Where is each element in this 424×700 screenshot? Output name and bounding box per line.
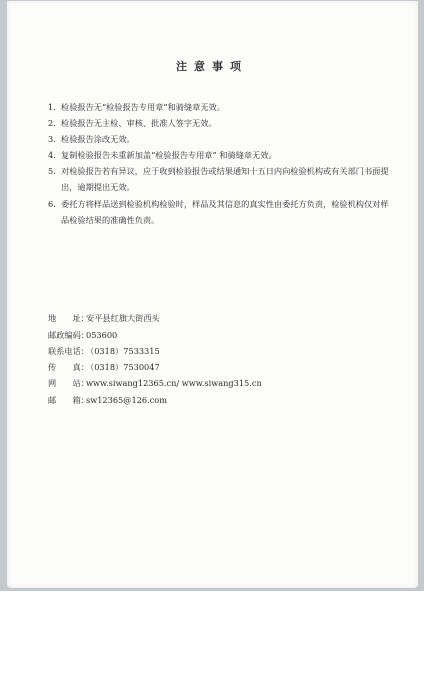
note-text: 复制检验报告未重新加盖“检验报告专用章” 和骑缝章无效。 [61,150,277,160]
page-title: 注意事项 [0,58,424,74]
document-page [7,1,418,588]
contact-label: 传 真： [48,359,86,375]
note-number: 4. [48,147,61,163]
contact-label: 网 站： [48,375,86,391]
contact-value: 安平县红旗大街西头 [86,313,160,323]
note-number: 3. [48,131,61,147]
contact-label: 邮 箱： [48,392,86,408]
contact-fax: 传 真：（0318）7530047 [48,359,160,375]
scan-frame [0,0,424,591]
note-text-continued: 出，逾期提出无效。 [48,179,389,195]
note-item-2: 2.检验报告无主检、审核、批准人签字无效。 [48,115,217,131]
contact-label: 联系电话： [48,343,86,359]
contact-postcode: 邮政编码：053600 [48,327,117,343]
contact-value: （0318）7533315 [86,346,160,356]
contact-address: 地 址：安平县红旗大街西头 [48,310,160,326]
note-number: 1. [48,99,61,115]
note-item-6: 6.委托方将样品送到检验机构检验时，样品及其信息的真实性由委托方负责，检验机构仅… [48,196,389,228]
note-text: 委托方将样品送到检验机构检验时，样品及其信息的真实性由委托方负责，检验机构仅对样 [61,199,389,209]
note-text: 检验报告无主检、审核、批准人签字无效。 [61,118,217,128]
contact-label: 地 址： [48,310,86,326]
note-text: 检验报告无“检验报告专用章”和骑缝章无效。 [61,102,225,112]
note-item-3: 3.检验报告涂改无效。 [48,131,135,147]
contact-value: 053600 [86,330,117,340]
contact-website: 网 站：www.siwang12365.cn/ www.siwang315.cn [48,375,262,391]
contact-value: sw12365@126.com [86,395,167,405]
contact-email: 邮 箱：sw12365@126.com [48,392,167,408]
note-number: 2. [48,115,61,131]
note-number: 5. [48,163,61,179]
contact-value: www.siwang12365.cn/ www.siwang315.cn [86,378,262,388]
contact-label: 邮政编码： [48,327,86,343]
contact-phone: 联系电话：（0318）7533315 [48,343,160,359]
note-text: 检验报告涂改无效。 [61,134,135,144]
note-number: 6. [48,196,61,212]
note-item-1: 1.检验报告无“检验报告专用章”和骑缝章无效。 [48,99,225,115]
contact-value: （0318）7530047 [86,362,160,372]
note-item-4: 4.复制检验报告未重新加盖“检验报告专用章” 和骑缝章无效。 [48,147,277,163]
note-text-continued: 品检验结果的准确性负责。 [48,212,389,228]
note-item-5: 5.对检验报告若有异议，应于收到检验报告或结果通知十五日内向检验机构或有关部门书… [48,163,389,195]
note-text: 对检验报告若有异议，应于收到检验报告或结果通知十五日内向检验机构或有关部门书面提 [61,166,389,176]
